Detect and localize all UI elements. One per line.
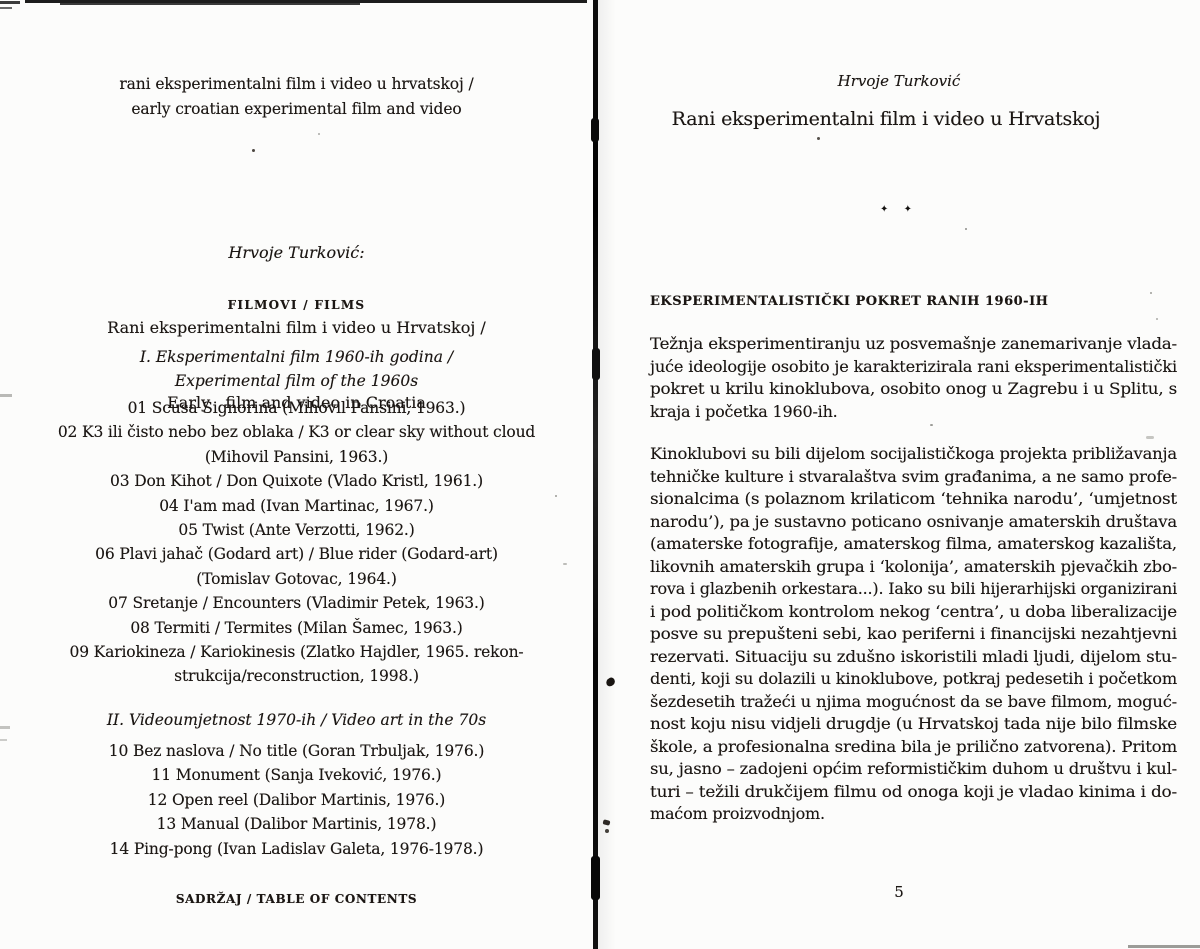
body-text-line: šezdesetih tražeći u njima mogućnost da … <box>650 691 1177 714</box>
film-list-item-line: 04 I'am mad (Ivan Martinac, 1967.) <box>0 494 593 518</box>
film-list-item: 14 Ping-pong (Ivan Ladislav Galeta, 1976… <box>0 837 593 861</box>
film-list-item-line: (Mihovil Pansini, 1963.) <box>0 445 593 469</box>
film-group-heading: I. Eksperimentalni film 1960-ih godina /… <box>0 345 593 393</box>
film-list-item: 07 Sretanje / Encounters (Vladimir Petek… <box>0 591 593 615</box>
left-page: rani eksperimentalni film i video u hrva… <box>0 0 593 949</box>
film-list-item: 09 Kariokineza / Kariokinesis (Zlatko Ha… <box>0 640 593 689</box>
film-list-item-line: 13 Manual (Dalibor Martinis, 1978.) <box>0 812 593 836</box>
film-group-heading-line: I. Eksperimentalni film 1960-ih godina / <box>0 345 593 369</box>
film-list-item-line: 12 Open reel (Dalibor Martinis, 1976.) <box>0 788 593 812</box>
film-list-item: 02 K3 ili čisto nebo bez oblaka / K3 or … <box>0 420 593 469</box>
film-list-item-line: 01 Scusa Signorina (Mihovil Pansini, 196… <box>0 396 593 420</box>
film-list: 01 Scusa Signorina (Mihovil Pansini, 196… <box>0 396 593 689</box>
film-group-heading-line: II. Videoumjetnost 1970-ih / Video art i… <box>0 708 593 732</box>
film-list-item-line: 05 Twist (Ante Verzotti, 1962.) <box>0 518 593 542</box>
body-text-line: juće ideologije osobito je karakterizira… <box>650 356 1177 379</box>
body-text-line: denti, koji su dolazili u kinoklubove, p… <box>650 668 1177 691</box>
article-title: Rani eksperimentalni film i video u Hrva… <box>585 108 1187 130</box>
body-text-line: kraja i početka 1960-ih. <box>650 401 1177 424</box>
film-list-item-line: strukcija/reconstruction, 1998.) <box>0 664 593 688</box>
body-text-line: škole, a profesionalna sredina bila je p… <box>650 736 1177 759</box>
body-text-line: rova i glazbenih orkestara...). Iako su … <box>650 578 1177 601</box>
body-text-line: sionalcima (s polaznom krilaticom ‘tehni… <box>650 488 1177 511</box>
title-block-author: Hrvoje Turković: <box>0 240 593 265</box>
film-list-item-line: 03 Don Kihot / Don Quixote (Vlado Kristl… <box>0 469 593 493</box>
film-group-heading-line: Experimental film of the 1960s <box>0 369 593 393</box>
film-list-item-line: 10 Bez naslova / No title (Goran Trbulja… <box>0 739 593 763</box>
body-text-line: posve su prepušteni sebi, kao periferni … <box>650 623 1177 646</box>
running-title-line: rani eksperimentalni film i video u hrva… <box>0 72 593 97</box>
film-list-item-line: 07 Sretanje / Encounters (Vladimir Petek… <box>0 591 593 615</box>
ornament-diamonds: ✦ ✦ <box>598 204 1200 215</box>
body-text-line: (amaterske fotografije, amaterskog filma… <box>650 533 1177 556</box>
films-section-heading: FILMOVI / FILMS <box>0 298 593 312</box>
book-scan-spread: { "left_page": { "running_title_lines": … <box>0 0 1200 949</box>
article-author: Hrvoje Turković <box>598 72 1200 90</box>
film-list-item-line: 11 Monument (Sanja Iveković, 1976.) <box>0 763 593 787</box>
body-text-line: rezervati. Situaciju su zdušno iskoristi… <box>650 646 1177 669</box>
title-block-line: Rani eksperimentalni film i video u Hrva… <box>0 315 593 340</box>
film-list-item-line: (Tomislav Gotovac, 1964.) <box>0 567 593 591</box>
film-list-item-line: 06 Plavi jahač (Godard art) / Blue rider… <box>0 542 593 566</box>
film-list-item-line: 08 Termiti / Termites (Milan Šamec, 1963… <box>0 616 593 640</box>
body-text-line: Kinoklubovi su bili dijelom socijalistič… <box>650 443 1177 466</box>
film-list-item: 08 Termiti / Termites (Milan Šamec, 1963… <box>0 616 593 640</box>
film-list-item: 13 Manual (Dalibor Martinis, 1978.) <box>0 812 593 836</box>
body-text-line: pokret u krilu kinoklubova, osobito onog… <box>650 378 1177 401</box>
running-title-line: early croatian experimental film and vid… <box>0 97 593 122</box>
film-list-item-line: 02 K3 ili čisto nebo bez oblaka / K3 or … <box>0 420 593 444</box>
film-list-item: 01 Scusa Signorina (Mihovil Pansini, 196… <box>0 396 593 420</box>
body-paragraph: Kinoklubovi su bili dijelom socijalistič… <box>650 443 1177 826</box>
film-list-item: 04 I'am mad (Ivan Martinac, 1967.) <box>0 494 593 518</box>
film-list-item: 12 Open reel (Dalibor Martinis, 1976.) <box>0 788 593 812</box>
film-list-item: 03 Don Kihot / Don Quixote (Vlado Kristl… <box>0 469 593 493</box>
film-group-heading: II. Videoumjetnost 1970-ih / Video art i… <box>0 708 593 732</box>
table-of-contents-footer: SADRŽAJ / TABLE OF CONTENTS <box>0 892 593 906</box>
body-text-line: Težnja eksperimentiranju uz posvemašnje … <box>650 333 1177 356</box>
film-list-item: 11 Monument (Sanja Iveković, 1976.) <box>0 763 593 787</box>
section-heading: EKSPERIMENTALISTIČKI POKRET RANIH 1960-I… <box>650 294 1177 309</box>
film-list: 10 Bez naslova / No title (Goran Trbulja… <box>0 739 593 861</box>
body-text-line: narodu’), pa je sustavno poticano osniva… <box>650 511 1177 534</box>
film-list-item: 06 Plavi jahač (Godard art) / Blue rider… <box>0 542 593 591</box>
film-list-item: 10 Bez naslova / No title (Goran Trbulja… <box>0 739 593 763</box>
film-list-item-line: 09 Kariokineza / Kariokinesis (Zlatko Ha… <box>0 640 593 664</box>
body-text-line: su, jasno – zadojeni općim reformistički… <box>650 758 1177 781</box>
body-paragraph: Težnja eksperimentiranju uz posvemašnje … <box>650 333 1177 423</box>
body-text-line: likovnih amaterskih grupa i ‘kolonija’, … <box>650 556 1177 579</box>
body-text-line: maćom proizvodnjom. <box>650 803 1177 826</box>
running-title: rani eksperimentalni film i video u hrva… <box>0 72 593 122</box>
body-text-line: tehničke kulture i stvaralaštva svim gra… <box>650 466 1177 489</box>
body-text-line: nost koju nisu vidjeli drugdje (u Hrvats… <box>650 713 1177 736</box>
body-text-line: turi – težili drukčijem filmu od onoga k… <box>650 781 1177 804</box>
film-list-item: 05 Twist (Ante Verzotti, 1962.) <box>0 518 593 542</box>
body-text-line: i pod političkom kontrolom nekog ‘centra… <box>650 601 1177 624</box>
film-list-item-line: 14 Ping-pong (Ivan Ladislav Galeta, 1976… <box>0 837 593 861</box>
right-page: Hrvoje Turković Rani eksperimentalni fil… <box>598 0 1200 949</box>
page-number: 5 <box>598 883 1200 901</box>
